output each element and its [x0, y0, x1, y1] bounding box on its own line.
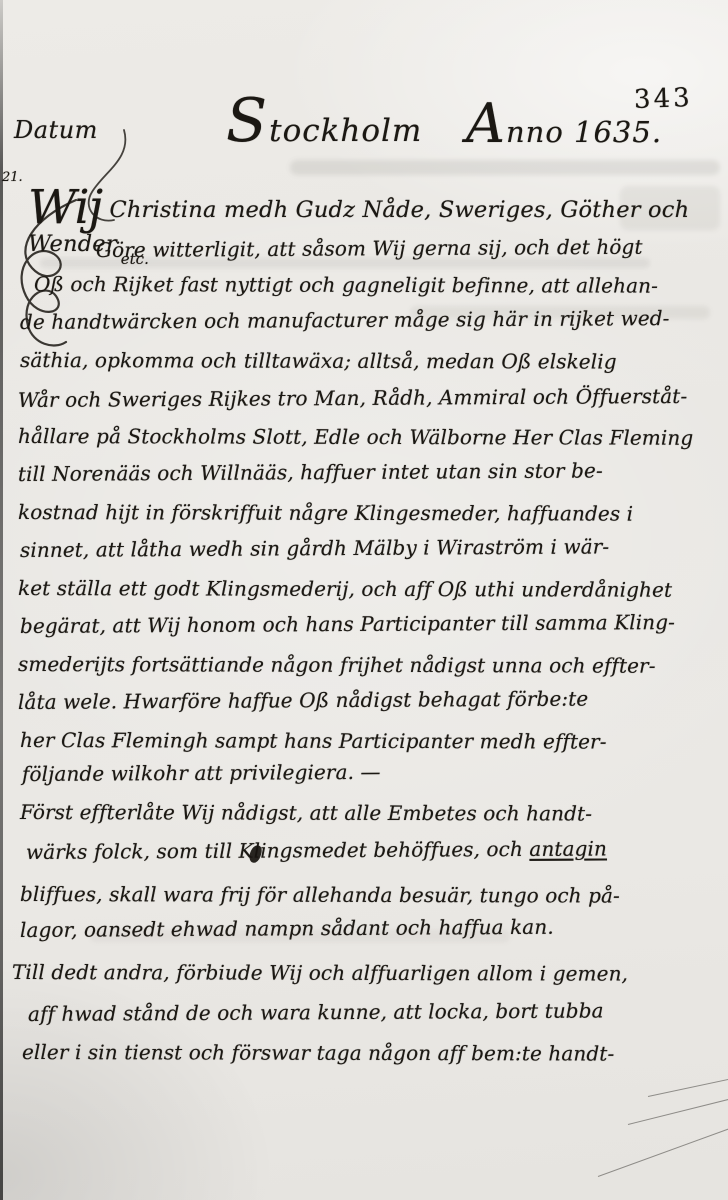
manuscript-line: följande wilkohr att privilegiera. —: [22, 760, 381, 786]
manuscript-line: eller i sin tienst och förswar taga någo…: [22, 1040, 614, 1066]
manuscript-line: till Norenääs och Willnääs, haffuer inte…: [18, 458, 603, 486]
manuscript-line: ket ställa ett godt Klingsmederij, och a…: [18, 576, 672, 602]
manuscript-line-text: wärks folck, som till Klingsmedet behöff…: [26, 837, 530, 864]
paper-crease: [628, 1097, 728, 1125]
manuscript-line: låta wele. Hwarföre haffue Oß nådigst be…: [18, 687, 588, 714]
place-heading: Stockholm: [226, 86, 422, 156]
manuscript-line: aff hwad stånd de och wara kunne, att lo…: [28, 998, 604, 1026]
manuscript-line: säthia, opkomma och tilltawäxa; alltså, …: [20, 348, 617, 374]
paper-crease: [598, 1125, 728, 1177]
royal-initial: Wij: [28, 180, 102, 235]
manuscript-line: bliffues, skall wara frij för allehanda …: [20, 882, 620, 908]
manuscript-line: Först effterlåte Wij nådigst, att alle E…: [20, 800, 592, 825]
manuscript-line: smederijts fortsättiande någon frijhet n…: [18, 652, 656, 678]
manuscript-line: de handtwärcken och manufacturer måge si…: [20, 306, 670, 334]
manuscript-line: sinnet, att låtha wedh sin gårdh Mälby i…: [20, 534, 609, 562]
margin-numeral: 21.: [2, 170, 23, 185]
paper-crease: [648, 1077, 728, 1097]
manuscript-line: hållare på Stockholms Slott, Edle och Wä…: [18, 424, 693, 450]
bleedthrough-smudge: [290, 160, 720, 175]
manuscript-line: kostnad hijt in förskriffuit någre Kling…: [18, 500, 633, 526]
manuscript-line: begärat, att Wij honom och hans Particip…: [20, 610, 675, 638]
manuscript-line: Oß och Rijket fast nyttigt och gagneligi…: [34, 272, 658, 298]
manuscript-line: lagor, oansedt ehwad nampn sådant och ha…: [20, 915, 554, 942]
underlined-word: antagin: [529, 836, 607, 860]
manuscript-line: wärks folck, som till Klingsmedet behöff…: [26, 836, 607, 864]
manuscript-line: Wår och Sweriges Rijkes tro Man, Rådh, A…: [18, 384, 687, 412]
manuscript-line: Göre witterligit, att såsom Wij gerna si…: [96, 235, 643, 262]
page-number: 343: [633, 83, 693, 115]
manuscript-photo: Datum 21. Stockholm Anno 1635. 343 Wij C…: [0, 0, 728, 1200]
manuscript-line: her Clas Flemingh sampt hans Participant…: [20, 728, 607, 754]
manuscript-line: Till dedt andra, förbiude Wij och alffua…: [12, 960, 628, 986]
year-heading: Anno 1635.: [466, 92, 662, 155]
